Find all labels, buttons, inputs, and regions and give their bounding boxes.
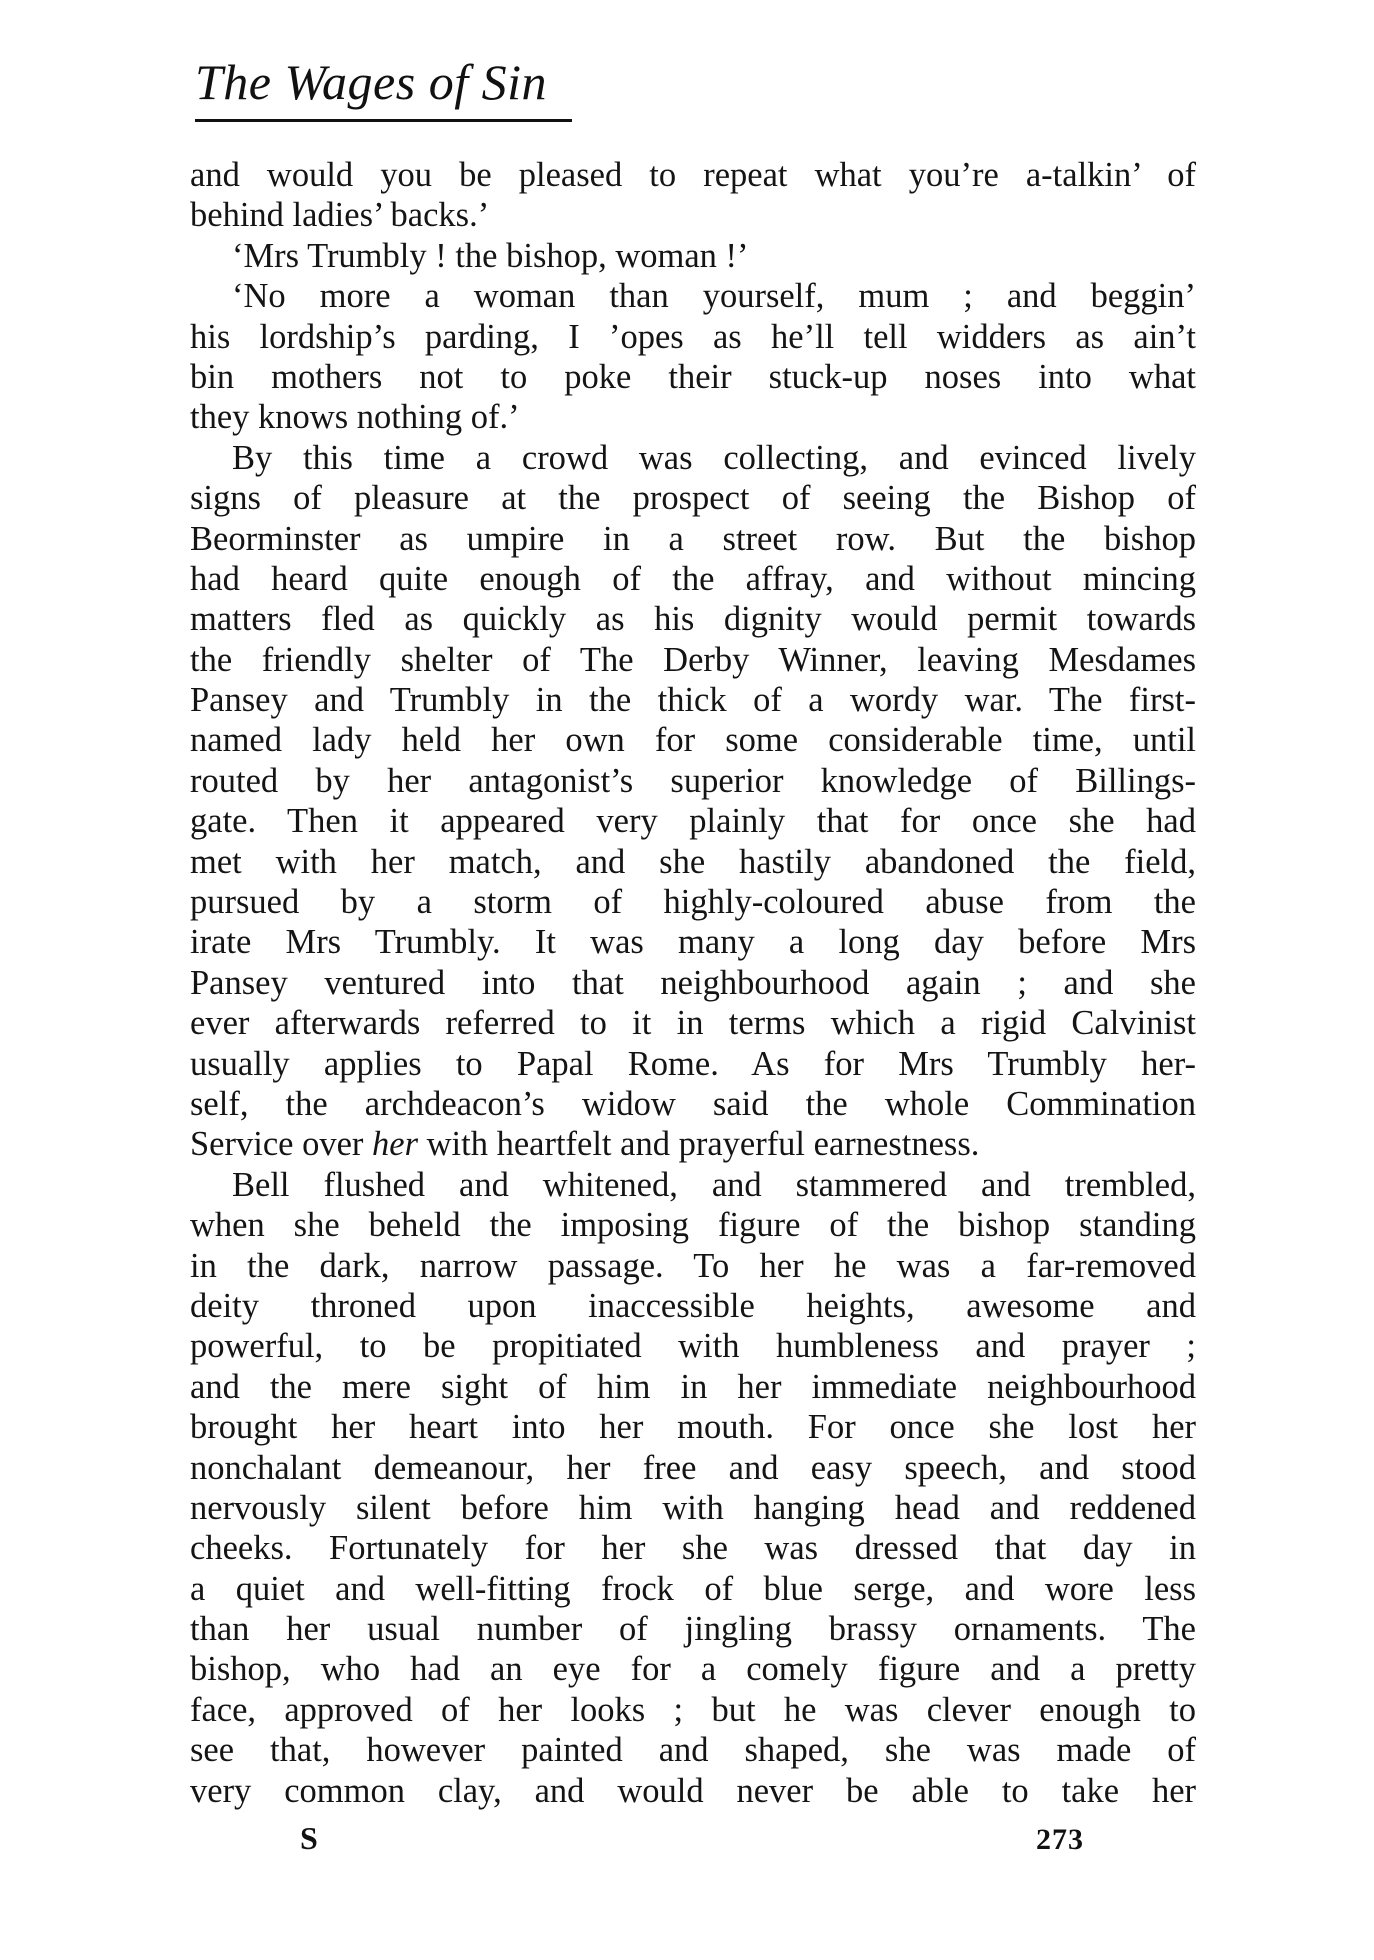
text-line: ‘Mrs Trumbly ! the bishop, woman !’ xyxy=(190,236,1196,276)
text-line: had heard quite enough of the affray, an… xyxy=(190,559,1196,599)
text-line: Bell flushed and whitened, and stammered… xyxy=(190,1165,1196,1205)
running-head-title: The Wages of Sin xyxy=(195,52,547,112)
paragraph-3: ‘No more a woman than yourself, mum ; an… xyxy=(190,276,1196,438)
text-segment: Service over xyxy=(190,1125,372,1163)
text-line: and the mere sight of him in her immedia… xyxy=(190,1367,1196,1407)
text-line: signs of pleasure at the prospect of see… xyxy=(190,478,1196,518)
text-line: Pansey ventured into that neighbourhood … xyxy=(190,963,1196,1003)
text-line: when she beheld the imposing figure of t… xyxy=(190,1205,1196,1245)
text-line: and would you be pleased to repeat what … xyxy=(190,155,1196,195)
paragraph-2: ‘Mrs Trumbly ! the bishop, woman !’ xyxy=(190,236,1196,276)
text-line: Beorminster as umpire in a street row. B… xyxy=(190,519,1196,559)
text-line: Pansey and Trumbly in the thick of a wor… xyxy=(190,680,1196,720)
text-line: behind ladies’ backs.’ xyxy=(190,195,1196,235)
text-line: deity throned upon inaccessible heights,… xyxy=(190,1286,1196,1326)
text-line: they knows nothing of.’ xyxy=(190,397,1196,437)
text-line: face, approved of her looks ; but he was… xyxy=(190,1690,1196,1730)
text-line: ‘No more a woman than yourself, mum ; an… xyxy=(190,276,1196,316)
signature-mark: S xyxy=(300,1818,318,1858)
text-line: By this time a crowd was collecting, and… xyxy=(190,438,1196,478)
text-line: named lady held her own for some conside… xyxy=(190,720,1196,760)
text-line: matters fled as quickly as his dignity w… xyxy=(190,599,1196,639)
running-head-rule xyxy=(195,119,572,122)
text-line: his lordship’s parding, I ’opes as he’ll… xyxy=(190,317,1196,357)
text-line: irate Mrs Trumbly. It was many a long da… xyxy=(190,922,1196,962)
text-line: bishop, who had an eye for a comely figu… xyxy=(190,1649,1196,1689)
text-line: nervously silent before him with hanging… xyxy=(190,1488,1196,1528)
text-line: gate. Then it appeared very plainly that… xyxy=(190,801,1196,841)
text-line: than her usual number of jingling brassy… xyxy=(190,1609,1196,1649)
text-line: met with her match, and she hastily aban… xyxy=(190,842,1196,882)
text-line: very common clay, and would never be abl… xyxy=(190,1771,1196,1811)
text-line: self, the archdeacon’s widow said the wh… xyxy=(190,1084,1196,1124)
text-line: nonchalant demeanour, her free and easy … xyxy=(190,1448,1196,1488)
text-line: powerful, to be propitiated with humblen… xyxy=(190,1326,1196,1366)
text-line: the friendly shelter of The Derby Winner… xyxy=(190,640,1196,680)
text-line: ever afterwards referred to it in terms … xyxy=(190,1003,1196,1043)
paragraph-1: and would you be pleased to repeat what … xyxy=(190,155,1196,236)
paragraph-5: Bell flushed and whitened, and stammered… xyxy=(190,1165,1196,1811)
text-line: bin mothers not to poke their stuck-up n… xyxy=(190,357,1196,397)
text-line: routed by her antagonist’s superior know… xyxy=(190,761,1196,801)
text-line: in the dark, narrow passage. To her he w… xyxy=(190,1246,1196,1286)
text-line: pursued by a storm of highly-coloured ab… xyxy=(190,882,1196,922)
page-number: 273 xyxy=(1036,1820,1084,1860)
body-text: and would you be pleased to repeat what … xyxy=(190,155,1196,1811)
text-line-with-italic: Service over her with heartfelt and pray… xyxy=(190,1124,1196,1164)
italic-emphasis: her xyxy=(372,1125,418,1163)
paragraph-4: By this time a crowd was collecting, and… xyxy=(190,438,1196,1165)
text-segment: with heartfelt and prayerful earnestness… xyxy=(418,1125,979,1163)
text-line: a quiet and well-fitting frock of blue s… xyxy=(190,1569,1196,1609)
text-line: usually applies to Papal Rome. As for Mr… xyxy=(190,1044,1196,1084)
text-line: cheeks. Fortunately for her she was dres… xyxy=(190,1528,1196,1568)
text-line: brought her heart into her mouth. For on… xyxy=(190,1407,1196,1447)
text-line: see that, however painted and shaped, sh… xyxy=(190,1730,1196,1770)
